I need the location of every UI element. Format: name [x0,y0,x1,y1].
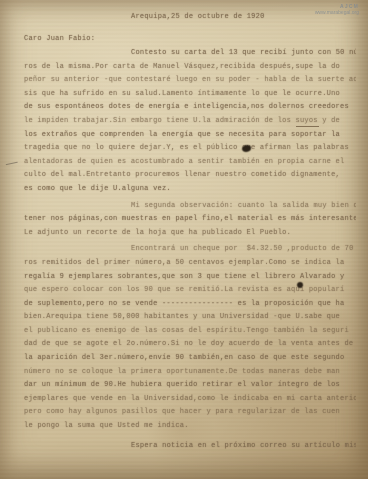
scanned-letter-page: AJCM www.marabegal.org Arequipa,25 de oc… [0,0,368,479]
letter-line: dar un mínimum de 90.He hubiera querido … [24,379,356,393]
letter-line: le pongo la suma que Usted me indica. [24,420,356,434]
letter-line: sis que ha sufrido en su salud.Lamento í… [24,88,356,102]
watermark-url: www.marabegal.org [315,10,359,16]
letter-line: Encontrará un cheque por $4.32.50 ,produ… [24,243,356,257]
margin-pencil-mark [4,155,17,165]
letter-line: es como que le dije U.alguna vez. [24,183,356,197]
letter-line: alentadoras de quien es acostumbrado a s… [24,156,356,170]
letter-line: bien.Arequipa tiene 50,000 habitantes y … [24,311,356,325]
archive-watermark: AJCM www.marabegal.org [315,4,359,16]
letter-salutation: Caro Juan Fabio: [24,35,95,43]
letter-line: la aparición del 3er.número,envíe 90 tam… [24,352,356,366]
letter-line: ejemplares que vende en la Universidad,c… [24,393,356,407]
letter-line: que espero colocar con los 90 que se rem… [24,284,356,298]
letter-dateline: Arequipa,25 de octubre de 1920 [131,13,265,21]
letter-line: tener nos páginas,con muestras en papel … [24,213,356,227]
letter-line: el publicano es enemigo de las cosas del… [24,325,356,339]
letter-line: regalía 9 ejemplares sobrantes,que son 3… [24,271,356,285]
letter-line: ros de la misma.Por carta de Manuel Vásq… [24,61,356,75]
letter-line: número no se coloque la primera oportuna… [24,366,356,380]
letter-line: Contesto su carta del 13 que recibí junt… [24,47,356,61]
letter-line: dad de que se agote el 2o.número.Si no l… [24,338,356,352]
letter-line: los extraños que comprenden la energía q… [24,129,356,143]
letter-line: Le adjunto un recorte de la hoja que ha … [24,227,356,241]
letter-line: Mi segunda observación: cuanto la salida… [24,200,356,214]
letter-line: peñor su anterior -que contestaré luego … [24,74,356,88]
letter-line: de suplemento,pero no se vende ---------… [24,298,356,312]
letter-line: Espera noticia en el próximo correo su a… [24,440,356,454]
typed-underline [296,126,319,127]
letter-line: culto del mal.Entretanto procuremos llen… [24,169,356,183]
letter-line: ros remitidos del primer número,a 50 cen… [24,257,356,271]
letter-line: de sus espontáneos dotes de energía e in… [24,101,356,115]
letter-line: tragedia que no lo quiere dejar.Y, es el… [24,142,356,156]
letter-body: Contesto su carta del 13 que recibí junt… [24,47,356,453]
letter-line: pero como hay algunos pasillos que hacer… [24,406,356,420]
